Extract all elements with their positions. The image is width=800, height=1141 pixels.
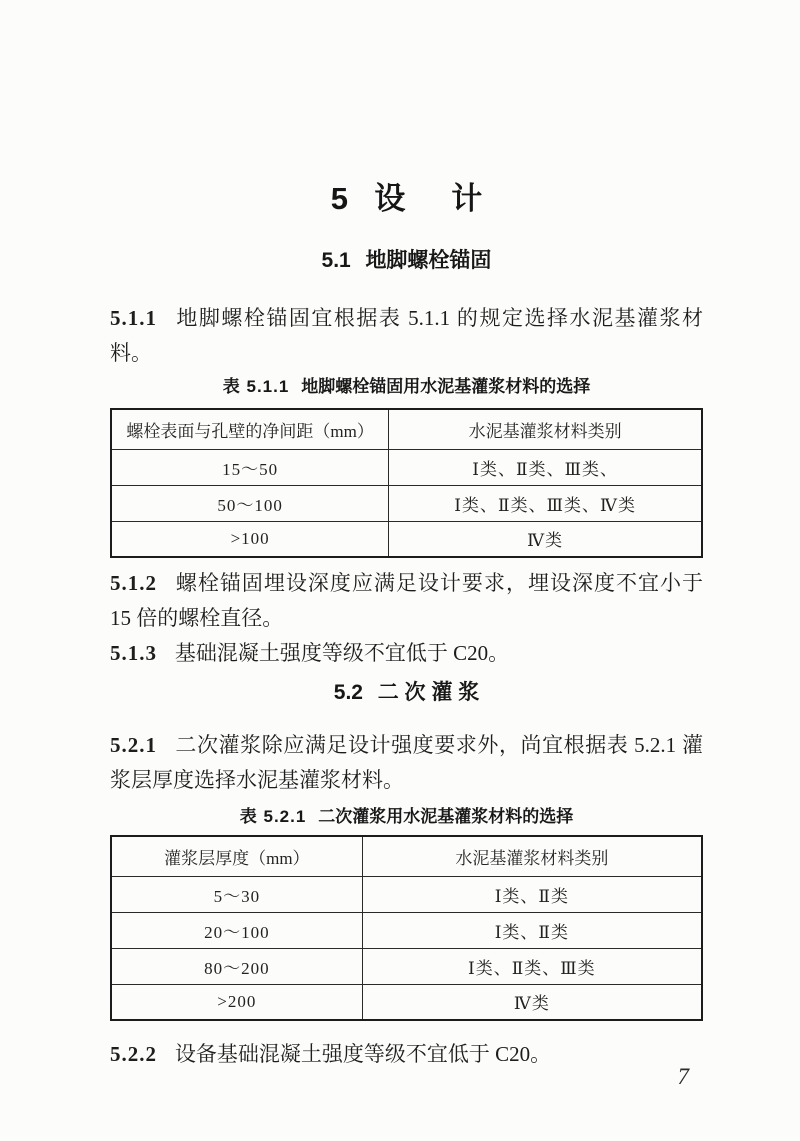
clause-number: 5.2.1: [110, 733, 157, 757]
clause-5-1-3: 5.1.3基础混凝土强度等级不宜低于 C20。: [110, 636, 703, 671]
cell-material-class: Ⅰ类、Ⅱ类: [362, 876, 702, 912]
section-heading-5-1: 5.1地脚螺栓锚固: [110, 249, 703, 273]
cell-material-class: Ⅰ类、Ⅱ类: [362, 912, 702, 948]
cell-gap-range: >100: [111, 521, 389, 557]
clause-number: 5.1.1: [110, 306, 157, 330]
table-caption-text: 二次灌浆用水泥基灌浆材料的选择: [318, 807, 573, 826]
cell-material-class: Ⅰ类、Ⅱ类、Ⅲ类: [362, 948, 702, 984]
column-header: 灌浆层厚度（mm）: [111, 836, 362, 876]
cell-gap-range: 15～50: [111, 449, 389, 485]
table-row: 80～200 Ⅰ类、Ⅱ类、Ⅲ类: [111, 948, 702, 984]
clause-5-1-1: 5.1.1地脚螺栓锚固宜根据表 5.1.1 的规定选择水泥基灌浆材料。: [110, 301, 703, 371]
table-5-2-1-caption: 表 5.2.1二次灌浆用水泥基灌浆材料的选择: [110, 807, 703, 827]
clause-text: 基础混凝土强度等级不宜低于 C20。: [175, 641, 509, 665]
table-row: >100 Ⅳ类: [111, 521, 702, 557]
cell-material-class: Ⅰ类、Ⅱ类、Ⅲ类、Ⅳ类: [389, 485, 702, 521]
clause-text: 二次灌浆除应满足设计强度要求外，尚宜根据表 5.2.1 灌浆层厚度选择水泥基灌浆…: [110, 733, 703, 792]
cell-thickness-range: 80～200: [111, 948, 362, 984]
table-row: >200 Ⅳ类: [111, 984, 702, 1020]
cell-material-class: Ⅰ类、Ⅱ类、Ⅲ类、: [389, 449, 702, 485]
section-heading-5-2: 5.2二 次 灌 浆: [110, 681, 703, 705]
clause-5-2-1: 5.2.1二次灌浆除应满足设计强度要求外，尚宜根据表 5.2.1 灌浆层厚度选择…: [110, 728, 703, 798]
page-number: 7: [110, 1064, 703, 1090]
table-row: 15～50 Ⅰ类、Ⅱ类、Ⅲ类、: [111, 449, 702, 485]
table-caption-text: 地脚螺栓锚固用水泥基灌浆材料的选择: [301, 377, 590, 396]
table-5-1-1-caption: 表 5.1.1地脚螺栓锚固用水泥基灌浆材料的选择: [110, 377, 703, 397]
clause-text: 螺栓锚固埋设深度应满足设计要求，埋设深度不宜小于 15 倍的螺栓直径。: [110, 571, 703, 630]
cell-thickness-range: 20～100: [111, 912, 362, 948]
cell-material-class: Ⅳ类: [389, 521, 702, 557]
clause-5-1-2: 5.1.2螺栓锚固埋设深度应满足设计要求，埋设深度不宜小于 15 倍的螺栓直径。: [110, 566, 703, 636]
table-row: 50～100 Ⅰ类、Ⅱ类、Ⅲ类、Ⅳ类: [111, 485, 702, 521]
cell-thickness-range: >200: [111, 984, 362, 1020]
clause-number: 5.2.2: [110, 1042, 157, 1066]
table-header-row: 螺栓表面与孔壁的净间距（mm） 水泥基灌浆材料类别: [111, 409, 702, 449]
table-header-row: 灌浆层厚度（mm） 水泥基灌浆材料类别: [111, 836, 702, 876]
chapter-title-text: 设 计: [374, 181, 482, 216]
clause-text: 设备基础混凝土强度等级不宜低于 C20。: [175, 1042, 551, 1066]
table-caption-number: 表 5.2.1: [240, 807, 307, 826]
clause-number: 5.1.2: [110, 571, 157, 595]
table-row: 5～30 Ⅰ类、Ⅱ类: [111, 876, 702, 912]
column-header: 水泥基灌浆材料类别: [362, 836, 702, 876]
section-title-text: 二 次 灌 浆: [378, 681, 480, 704]
clause-text: 地脚螺栓锚固宜根据表 5.1.1 的规定选择水泥基灌浆材料。: [110, 306, 703, 365]
table-5-2-1: 灌浆层厚度（mm） 水泥基灌浆材料类别 5～30 Ⅰ类、Ⅱ类 20～100 Ⅰ类…: [110, 835, 703, 1021]
chapter-number: 5: [331, 181, 348, 216]
section-number: 5.1: [322, 249, 351, 272]
section-title-text: 地脚螺栓锚固: [365, 249, 491, 272]
table-row: 20～100 Ⅰ类、Ⅱ类: [111, 912, 702, 948]
column-header: 螺栓表面与孔壁的净间距（mm）: [111, 409, 389, 449]
section-number: 5.2: [334, 681, 363, 704]
document-page: 5设 计 5.1地脚螺栓锚固 5.1.1地脚螺栓锚固宜根据表 5.1.1 的规定…: [0, 0, 800, 1141]
cell-thickness-range: 5～30: [111, 876, 362, 912]
clause-number: 5.1.3: [110, 641, 157, 665]
cell-material-class: Ⅳ类: [362, 984, 702, 1020]
table-caption-number: 表 5.1.1: [223, 377, 290, 396]
chapter-title: 5设 计: [110, 178, 703, 220]
cell-gap-range: 50～100: [111, 485, 389, 521]
table-5-1-1: 螺栓表面与孔壁的净间距（mm） 水泥基灌浆材料类别 15～50 Ⅰ类、Ⅱ类、Ⅲ类…: [110, 408, 703, 558]
column-header: 水泥基灌浆材料类别: [389, 409, 702, 449]
